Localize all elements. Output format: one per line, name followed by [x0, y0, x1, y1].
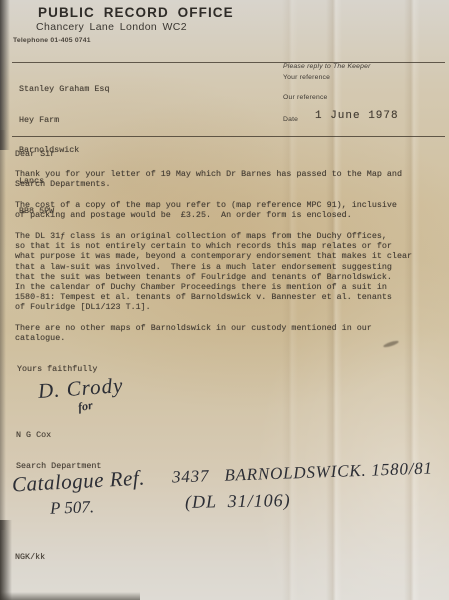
letter-photo: PUBLIC RECORD OFFICE Chancery Lane Londo…	[0, 0, 449, 600]
recipient-line: Stanley Graham Esq	[19, 84, 109, 94]
recipient-line: Hey Farm	[19, 115, 109, 125]
body-paragraph: Thank you for your letter of 19 May whic…	[15, 169, 402, 189]
photo-edge-shadow	[0, 520, 12, 600]
our-reference-label: Our reference	[283, 94, 328, 101]
date-value: 1 June 1978	[315, 110, 399, 122]
body-paragraph: The DL 31ƒ class is an original collecti…	[15, 231, 412, 313]
org-address: Chancery Lane London WC2	[36, 21, 187, 33]
date-label: Date	[283, 116, 298, 123]
telephone-line: Telephone 01-405 0741	[13, 37, 91, 44]
body-paragraph: The cost of a copy of the map you refer …	[15, 200, 397, 220]
closing-line: Yours faithfully	[17, 364, 97, 374]
salutation: Dear Sir	[15, 149, 55, 159]
photo-edge-shadow	[0, 130, 6, 530]
form-rule-top	[12, 62, 445, 63]
org-name: PUBLIC RECORD OFFICE	[38, 5, 234, 20]
photo-edge-shadow	[0, 0, 10, 150]
catalogue-ref-number: 3437 BARNOLDSWICK. 1580/81	[172, 458, 433, 487]
your-reference-label: Your reference	[283, 74, 330, 81]
photo-edge-shadow	[0, 592, 140, 600]
body-paragraph: There are no other maps of Barnoldswick …	[15, 323, 372, 343]
typist-initials: NGK/kk	[15, 552, 45, 562]
pen-smudge	[383, 340, 399, 349]
signer-name: N G Cox	[16, 430, 101, 440]
catalogue-ref-page: P 507.	[50, 497, 95, 519]
reply-to-note: Please reply to The Keeper	[283, 63, 371, 70]
catalogue-ref-class: (DL 31/106)	[185, 490, 291, 513]
